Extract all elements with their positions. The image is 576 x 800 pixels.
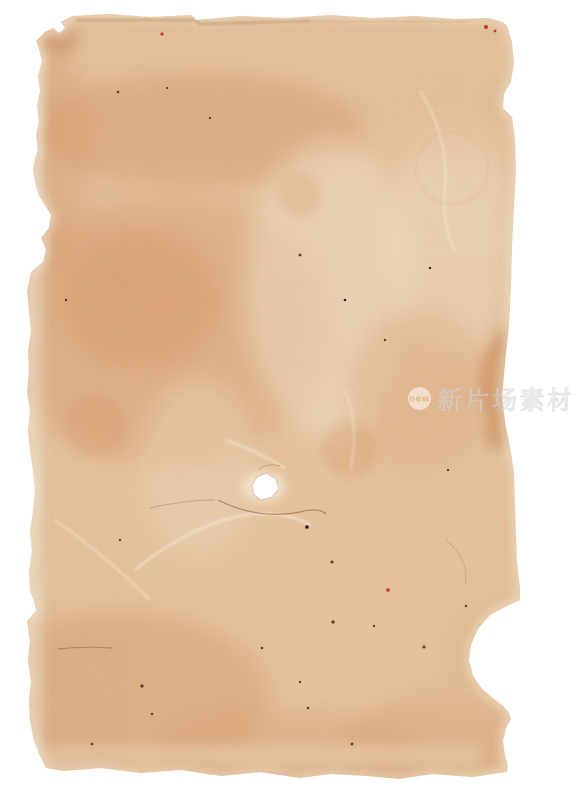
paper-hole bbox=[242, 472, 286, 502]
aged-paper-photo: new bbox=[0, 0, 576, 800]
watermark-text: 新片场素材 bbox=[437, 386, 575, 415]
watermark: 新片场素材 bbox=[404, 383, 575, 415]
stock-photo-canvas: new bbox=[0, 0, 576, 800]
pink-edge-tint bbox=[256, 772, 290, 775]
watermark-logo-icon bbox=[404, 383, 436, 415]
